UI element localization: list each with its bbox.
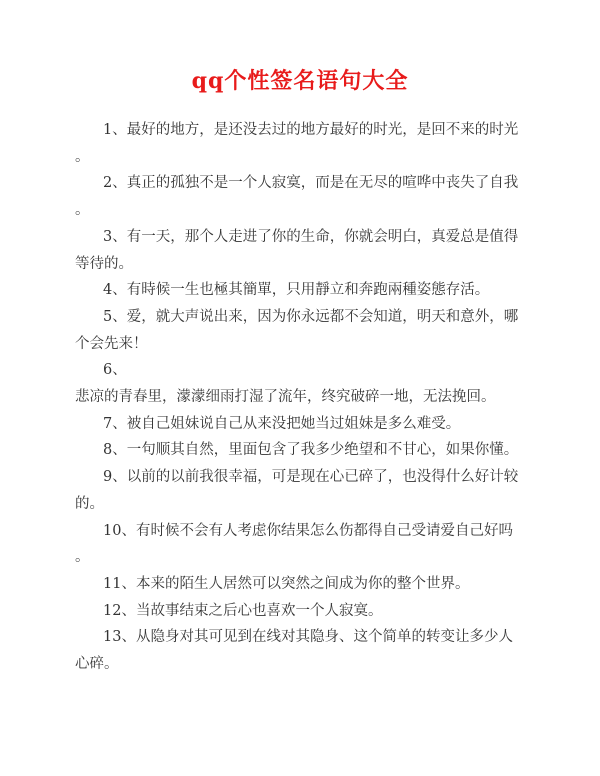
doc-line: 等待的。 [75,251,525,278]
doc-line: 10、有时候不会有人考虑你结果怎么伤都得自己受请爱自己好吗 [75,518,525,545]
doc-line: 。 [75,197,525,224]
doc-line: 5、爱，就大声说出来，因为你永远都不会知道，明天和意外，哪 [75,304,525,331]
doc-line: 3、有一天，那个人走进了你的生命，你就会明白，真爱总是值得 [75,224,525,251]
doc-line: 8、一句顺其自然，里面包含了我多少绝望和不甘心，如果你懂。 [75,437,525,464]
doc-line: 悲凉的青春里，濛濛细雨打湿了流年，终究破碎一地，无法挽回。 [75,384,525,411]
doc-line: 。 [75,544,525,571]
doc-line: 12、当故事结束之后心也喜欢一个人寂寞。 [75,598,525,625]
doc-line: 的。 [75,491,525,518]
doc-line: 6、 [75,357,525,384]
doc-line: 11、本来的陌生人居然可以突然之间成为你的整个世界。 [75,571,525,598]
page-title: qq个性签名语句大全 [0,0,600,96]
doc-line: 2、真正的孤独不是一个人寂寞，而是在无尽的喧哗中丧失了自我 [75,170,525,197]
doc-line: 1、最好的地方，是还没去过的地方最好的时光，是回不来的时光 [75,117,525,144]
doc-line: 4、有時候一生也極其簡單，只用靜立和奔跑兩種姿態存活。 [75,277,525,304]
doc-line: 个会先来！ [75,331,525,358]
document-body: 1、最好的地方，是还没去过的地方最好的时光，是回不来的时光 。 2、真正的孤独不… [75,117,525,678]
doc-line: 7、被自己姐妹说自己从来没把她当过姐妹是多么难受。 [75,411,525,438]
doc-line: 13、从隐身对其可见到在线对其隐身、这个简单的转变让多少人 [75,624,525,651]
document-page: qq个性签名语句大全 1、最好的地方，是还没去过的地方最好的时光，是回不来的时光… [0,0,600,776]
doc-line: 心碎。 [75,651,525,678]
doc-line: 。 [75,144,525,171]
doc-line: 9、以前的以前我很幸福，可是现在心已碎了，也没得什么好计较 [75,464,525,491]
